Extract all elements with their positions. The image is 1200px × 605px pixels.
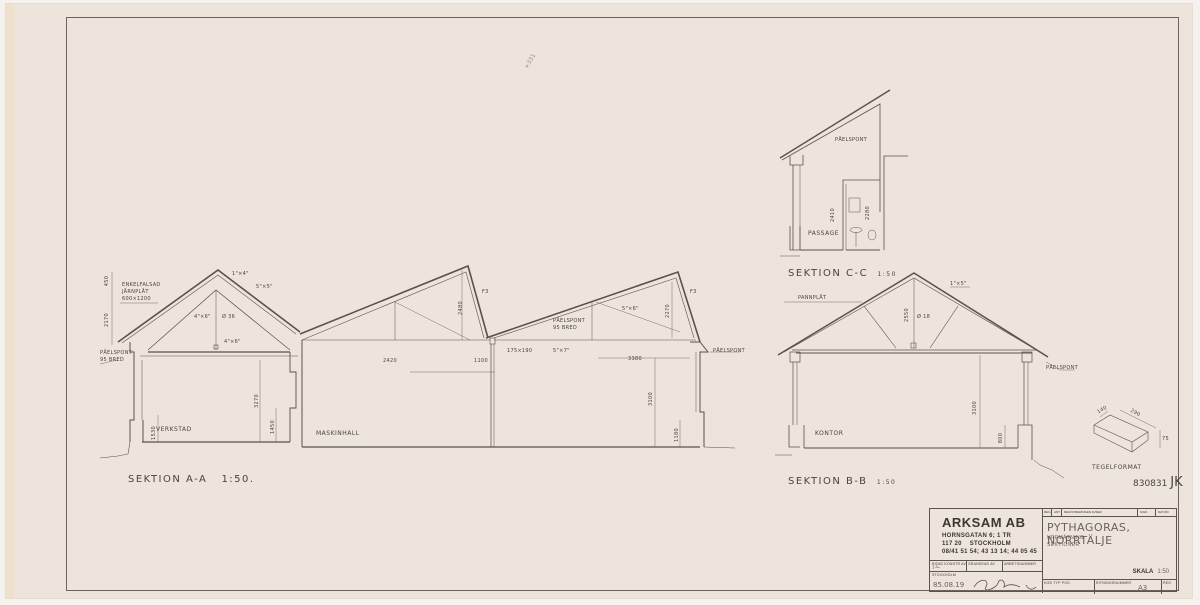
- scale: SKALA1:50: [1133, 569, 1169, 575]
- section-c-c-drawing: [780, 90, 908, 256]
- note-timber-3: 4"×6": [194, 314, 211, 320]
- note-eave-bb: PÅELSPONT: [1046, 365, 1078, 371]
- dim-1530: 1530: [151, 426, 157, 440]
- dim-2170: 2170: [104, 313, 110, 327]
- room-label-kontor: KONTOR: [815, 430, 843, 437]
- title-block-project: REG ANT REGISTRERINGEN AVSER SIGN DATUM …: [1042, 509, 1177, 593]
- section-a-a-title: SEKTION A-A 1:50.: [128, 474, 255, 485]
- dim-3270: 3270: [254, 394, 260, 408]
- dim-2280: 2280: [865, 206, 871, 220]
- note-roofing-3: 600×1200: [122, 296, 151, 302]
- note-bolt-bb: Ø 18: [917, 314, 930, 320]
- dim-3100-bb: 3100: [972, 401, 978, 415]
- brick-height: 75: [1162, 436, 1169, 442]
- room-label-verkstad: VERKSTAD: [156, 426, 192, 433]
- dim-2420: 2420: [383, 358, 397, 364]
- note-roofing-2: JÄRNPLÅT: [122, 289, 149, 295]
- dim-3100: 3100: [648, 392, 654, 406]
- note-eave-2: 95 BRED: [100, 357, 124, 363]
- revision-header: REG ANT REGISTRERINGEN AVSER SIGN DATUM: [1042, 509, 1177, 517]
- date-row: STOCKHOLM 85.08.19: [930, 571, 1042, 594]
- note-roofing: ENKELFALSAD: [122, 282, 161, 288]
- dim-1100: 1100: [474, 358, 488, 364]
- signature-icon: [970, 575, 1040, 593]
- company-name: ARKSAM AB: [942, 515, 1025, 530]
- dim-2550: 2550: [904, 308, 910, 322]
- brick-title: TEGELFORMAT: [1092, 464, 1142, 471]
- section-b-b-title: SEKTION B-B 1:50: [788, 476, 896, 487]
- drawing-number-row: KOD TYP POS RITNINGSNUMMER REG A3: [1042, 579, 1177, 594]
- project-subtitle-1: UPPMÄTNING: [1047, 535, 1084, 541]
- company-address: HORNSGATAN 6; 1 TR: [942, 533, 1011, 539]
- note-f3-a: F3: [482, 289, 489, 295]
- drawn-by-value: J.L.: [933, 564, 940, 570]
- drawing-date: 85.08.19: [933, 581, 964, 589]
- room-label-maskinhall: MASKINHALL: [316, 430, 360, 437]
- company-city: 117 20 STOCKHOLM: [942, 541, 1011, 547]
- note-f3-b: F3: [690, 289, 697, 295]
- brick-format-drawing: [1094, 410, 1160, 452]
- paper-format: A3: [1138, 584, 1147, 592]
- note-ceiling: PÅELSPONT: [835, 137, 867, 143]
- title-block: ARKSAM AB HORNSGATAN 6; 1 TR 117 20 STOC…: [929, 508, 1177, 592]
- note-timber-bb: 1"×5": [950, 281, 967, 287]
- note-roof-plate: PANNPLÅT: [798, 295, 826, 301]
- title-block-company: ARKSAM AB HORNSGATAN 6; 1 TR 117 20 STOC…: [930, 509, 1043, 593]
- date-stamp: 830831 JK: [1133, 475, 1183, 490]
- project-subtitle-2: SEKTIONER: [1047, 542, 1080, 548]
- room-label-passage: PASSAGE: [808, 230, 839, 237]
- dim-2480: 2480: [458, 301, 464, 315]
- note-panel: PÅELSPONT: [553, 318, 585, 324]
- section-a-a-drawing: [100, 266, 740, 458]
- note-timber-1: 1"×4": [232, 271, 249, 277]
- note-beam-1: 175×190: [507, 348, 532, 354]
- dim-450: 450: [104, 276, 110, 286]
- note-eave-right: PÅELSPONT: [713, 348, 745, 354]
- dim-2270: 2270: [665, 304, 671, 318]
- dim-1450: 1450: [270, 420, 276, 434]
- note-eave: PÅELSPONT: [100, 350, 132, 356]
- company-phone: 08/41 51 54; 43 13 14; 44 05 45: [942, 549, 1037, 555]
- note-timber-5: 5"×6": [622, 306, 639, 312]
- dim-2410: 2410: [830, 208, 836, 222]
- note-timber-4: 4"×6": [224, 339, 241, 345]
- note-timber-2: 5"×5": [256, 284, 273, 290]
- note-bolt: Ø 36: [222, 314, 235, 320]
- section-b-b-drawing: [775, 273, 1075, 478]
- section-c-c-title: SEKTION C-C 1:50: [788, 268, 897, 279]
- dim-1180: 1180: [674, 428, 680, 442]
- dim-3380: 3380: [628, 356, 642, 362]
- dim-800: 800: [998, 433, 1004, 443]
- note-beam-2: 5"×7": [553, 348, 570, 354]
- note-panel-2: 95 BRED: [553, 325, 577, 331]
